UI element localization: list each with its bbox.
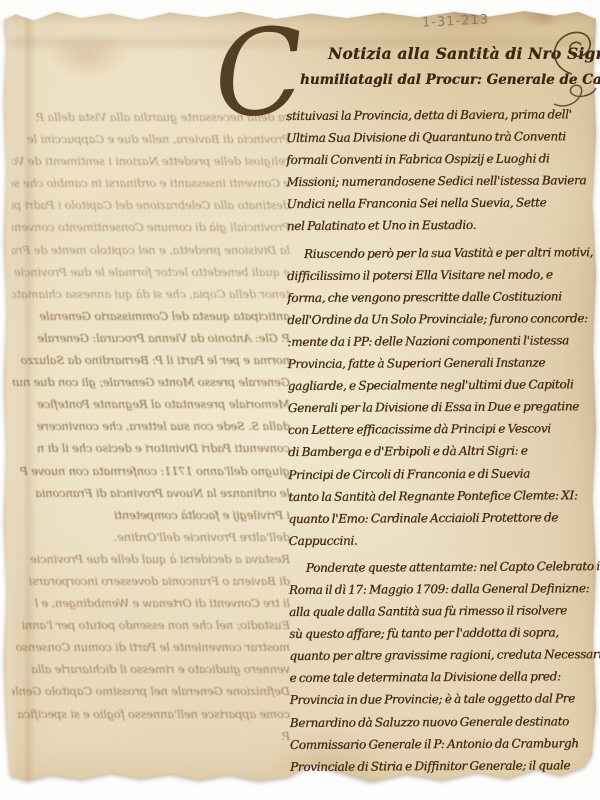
bleedthrough-line: vennero giudicato e rimesso il dichiarar… bbox=[12, 658, 290, 680]
manuscript-line: Provincia, fatte à Superiori Generali In… bbox=[287, 351, 595, 375]
manuscript-line: Bernardino dà Saluzzo nuovo Generale des… bbox=[290, 710, 598, 734]
manuscript-line: Provinciale di Stiria e Diffinitor Gener… bbox=[290, 754, 598, 778]
manuscript-line: forma, che vengono prescritte dalle Cost… bbox=[287, 285, 595, 309]
bleedthrough-line: P. Gle: Antonio da Vienna Procural: Gene… bbox=[12, 327, 290, 349]
bleedthrough-line: Memoriale presentato al Regnante Pontefi… bbox=[12, 393, 290, 415]
manuscript-line: con Lettere efficacissime dà Principi e … bbox=[288, 417, 596, 441]
manuscript-line: :mente da i PP: delle Nazioni componenti… bbox=[287, 329, 595, 353]
bleedthrough-line: le ordinanze la Nuova Provincia di Franc… bbox=[12, 482, 290, 504]
manuscript-line: di Bamberga e d'Erbipoli e dà Altri Sigr… bbox=[288, 439, 596, 463]
bleedthrough-line: Provinciali già di comune Consentimento … bbox=[12, 216, 290, 238]
bleedthrough-line: destinato alla Celebrazione del Capitolo… bbox=[12, 194, 290, 216]
bleedthrough-line: Provincia di Baviera, nelle due e Cappuc… bbox=[12, 128, 290, 150]
manuscript-line: Riuscendo però per la sua Vastità e per … bbox=[287, 241, 595, 265]
manuscript-line: e come tale determinata la Divisione del… bbox=[289, 665, 597, 689]
manuscript-scan: 1-31-213 C Notizia alla Santità di Nro S… bbox=[0, 0, 600, 800]
bleedthrough-line: giugno dell'anno 1711: confermata con nu… bbox=[12, 460, 290, 482]
manuscript-line: Commissario Generale il P: Antonio da Cr… bbox=[290, 732, 598, 756]
manuscript-line: Ultima Sua Divisione di Quarantuno trà C… bbox=[286, 125, 594, 149]
manuscript-line: stituivasi la Provincia, detta di Bavier… bbox=[286, 103, 594, 127]
bleedthrough-line: Eustadio; nel che non essendo potuto per… bbox=[12, 614, 290, 636]
bleedthrough-line: Definizione Generale nel prossimo Capito… bbox=[12, 680, 290, 702]
manuscript-line: formali Conventi in Fabrica Ospizij e Lu… bbox=[286, 147, 594, 171]
manuscript-line: nel Palatinato et Uno in Eustadio. bbox=[287, 214, 595, 238]
manuscript-line: Roma il dì 17: Maggio 1709: dalla Genera… bbox=[289, 577, 597, 601]
paragraph: stituivasi la Provincia, detta di Bavier… bbox=[286, 103, 595, 237]
bleedthrough-line: Generale presso Monte Generale; gli con … bbox=[12, 371, 290, 393]
bleedthrough-line: e Conventi insessanti e ordinarsi in cam… bbox=[12, 172, 290, 194]
manuscript-line: Undici nella Franconia Sei nella Suevia,… bbox=[286, 191, 594, 215]
bleedthrough-line: anticipata questa del Commissario Genera… bbox=[12, 305, 290, 327]
manuscript-line: quanto l'Emo: Cardinale Acciaioli Protet… bbox=[288, 506, 596, 530]
bleedthrough-line: P. bbox=[12, 725, 290, 747]
bleedthrough-line: li tre Conventi di Ortenaw e Wembdingen,… bbox=[12, 592, 290, 614]
manuscript-line: gagliarde, e Specialmente negl'ultimi du… bbox=[288, 373, 596, 397]
bleedthrough-column: ra della necessante guardia alla Vista d… bbox=[12, 106, 290, 747]
paragraph: Ponderate queste attentamte: nel Capto C… bbox=[289, 555, 598, 778]
manuscript-line: sù questo affare; fù tanto per l'addotta… bbox=[289, 621, 597, 645]
bleedthrough-line: religiosi delle predette Nazioni i senti… bbox=[12, 150, 290, 172]
manuscript-line: Missioni; numerandosene Sedici nell'iste… bbox=[286, 169, 594, 193]
bleedthrough-line: mostrar conveniente le Parti di comun Co… bbox=[12, 636, 290, 658]
body-paragraphs: stituivasi la Provincia, detta di Bavier… bbox=[286, 103, 598, 778]
bleedthrough-line: la Divisione predetta, e nel capitolo me… bbox=[12, 239, 290, 261]
bleedthrough-line: di Baviera o Franconia dovessero incorpo… bbox=[12, 570, 290, 592]
bleedthrough-line: dell'altre Provincie dell'Ordine. bbox=[12, 526, 290, 548]
bleedthrough-line: convenuti Padri Divinitori e deciso che … bbox=[12, 437, 290, 459]
bleedthrough-line: norma e per le Parti il P: Bernardino da… bbox=[12, 349, 290, 371]
bleedthrough-line: come apparisce nell'annesso foglio e si … bbox=[12, 703, 290, 725]
bleedthrough-line: e quali benedetto lector formale le due … bbox=[12, 261, 290, 283]
bleedthrough-line: dalla S. Sede con sua lettera, che convi… bbox=[12, 415, 290, 437]
manuscript-line: difficilissimo il potersi Ella Visitare … bbox=[287, 263, 595, 287]
bleedthrough-line: tenor della Copia, che si dà qui annessa… bbox=[12, 283, 290, 305]
paragraph: Riuscendo però per la sua Vastità e per … bbox=[287, 241, 597, 552]
manuscript-line: alla quale dalla Santità sua fù rimesso … bbox=[289, 599, 597, 623]
manuscript-line: quanto per altre gravissime ragioni, cre… bbox=[289, 643, 597, 667]
manuscript-line: tanto la Santità del Regnante Pontefice … bbox=[288, 484, 596, 508]
bleedthrough-line: i Privilegij e facoltà competenti bbox=[12, 504, 290, 526]
manuscript-line: dell'Ordine da Un Solo Provinciale; furo… bbox=[287, 307, 595, 331]
manuscript-line: Cappuccini. bbox=[289, 528, 597, 552]
manuscript-line: Principi de Circoli di Franconia e di Su… bbox=[288, 462, 596, 486]
bleedthrough-line: ra della necessante guardia alla Vista d… bbox=[12, 106, 290, 128]
ink-flourish-icon bbox=[546, 24, 598, 78]
manuscript-line: Ponderate queste attentamte: nel Capto C… bbox=[289, 555, 597, 579]
bleedthrough-line: Restava a decidersi à qual delle due Pro… bbox=[12, 548, 290, 570]
manuscript-line: Generali per la Divisione di Essa in Due… bbox=[288, 395, 596, 419]
manuscript-line: Provincia in due Provincie; è à tale ogg… bbox=[290, 687, 598, 711]
